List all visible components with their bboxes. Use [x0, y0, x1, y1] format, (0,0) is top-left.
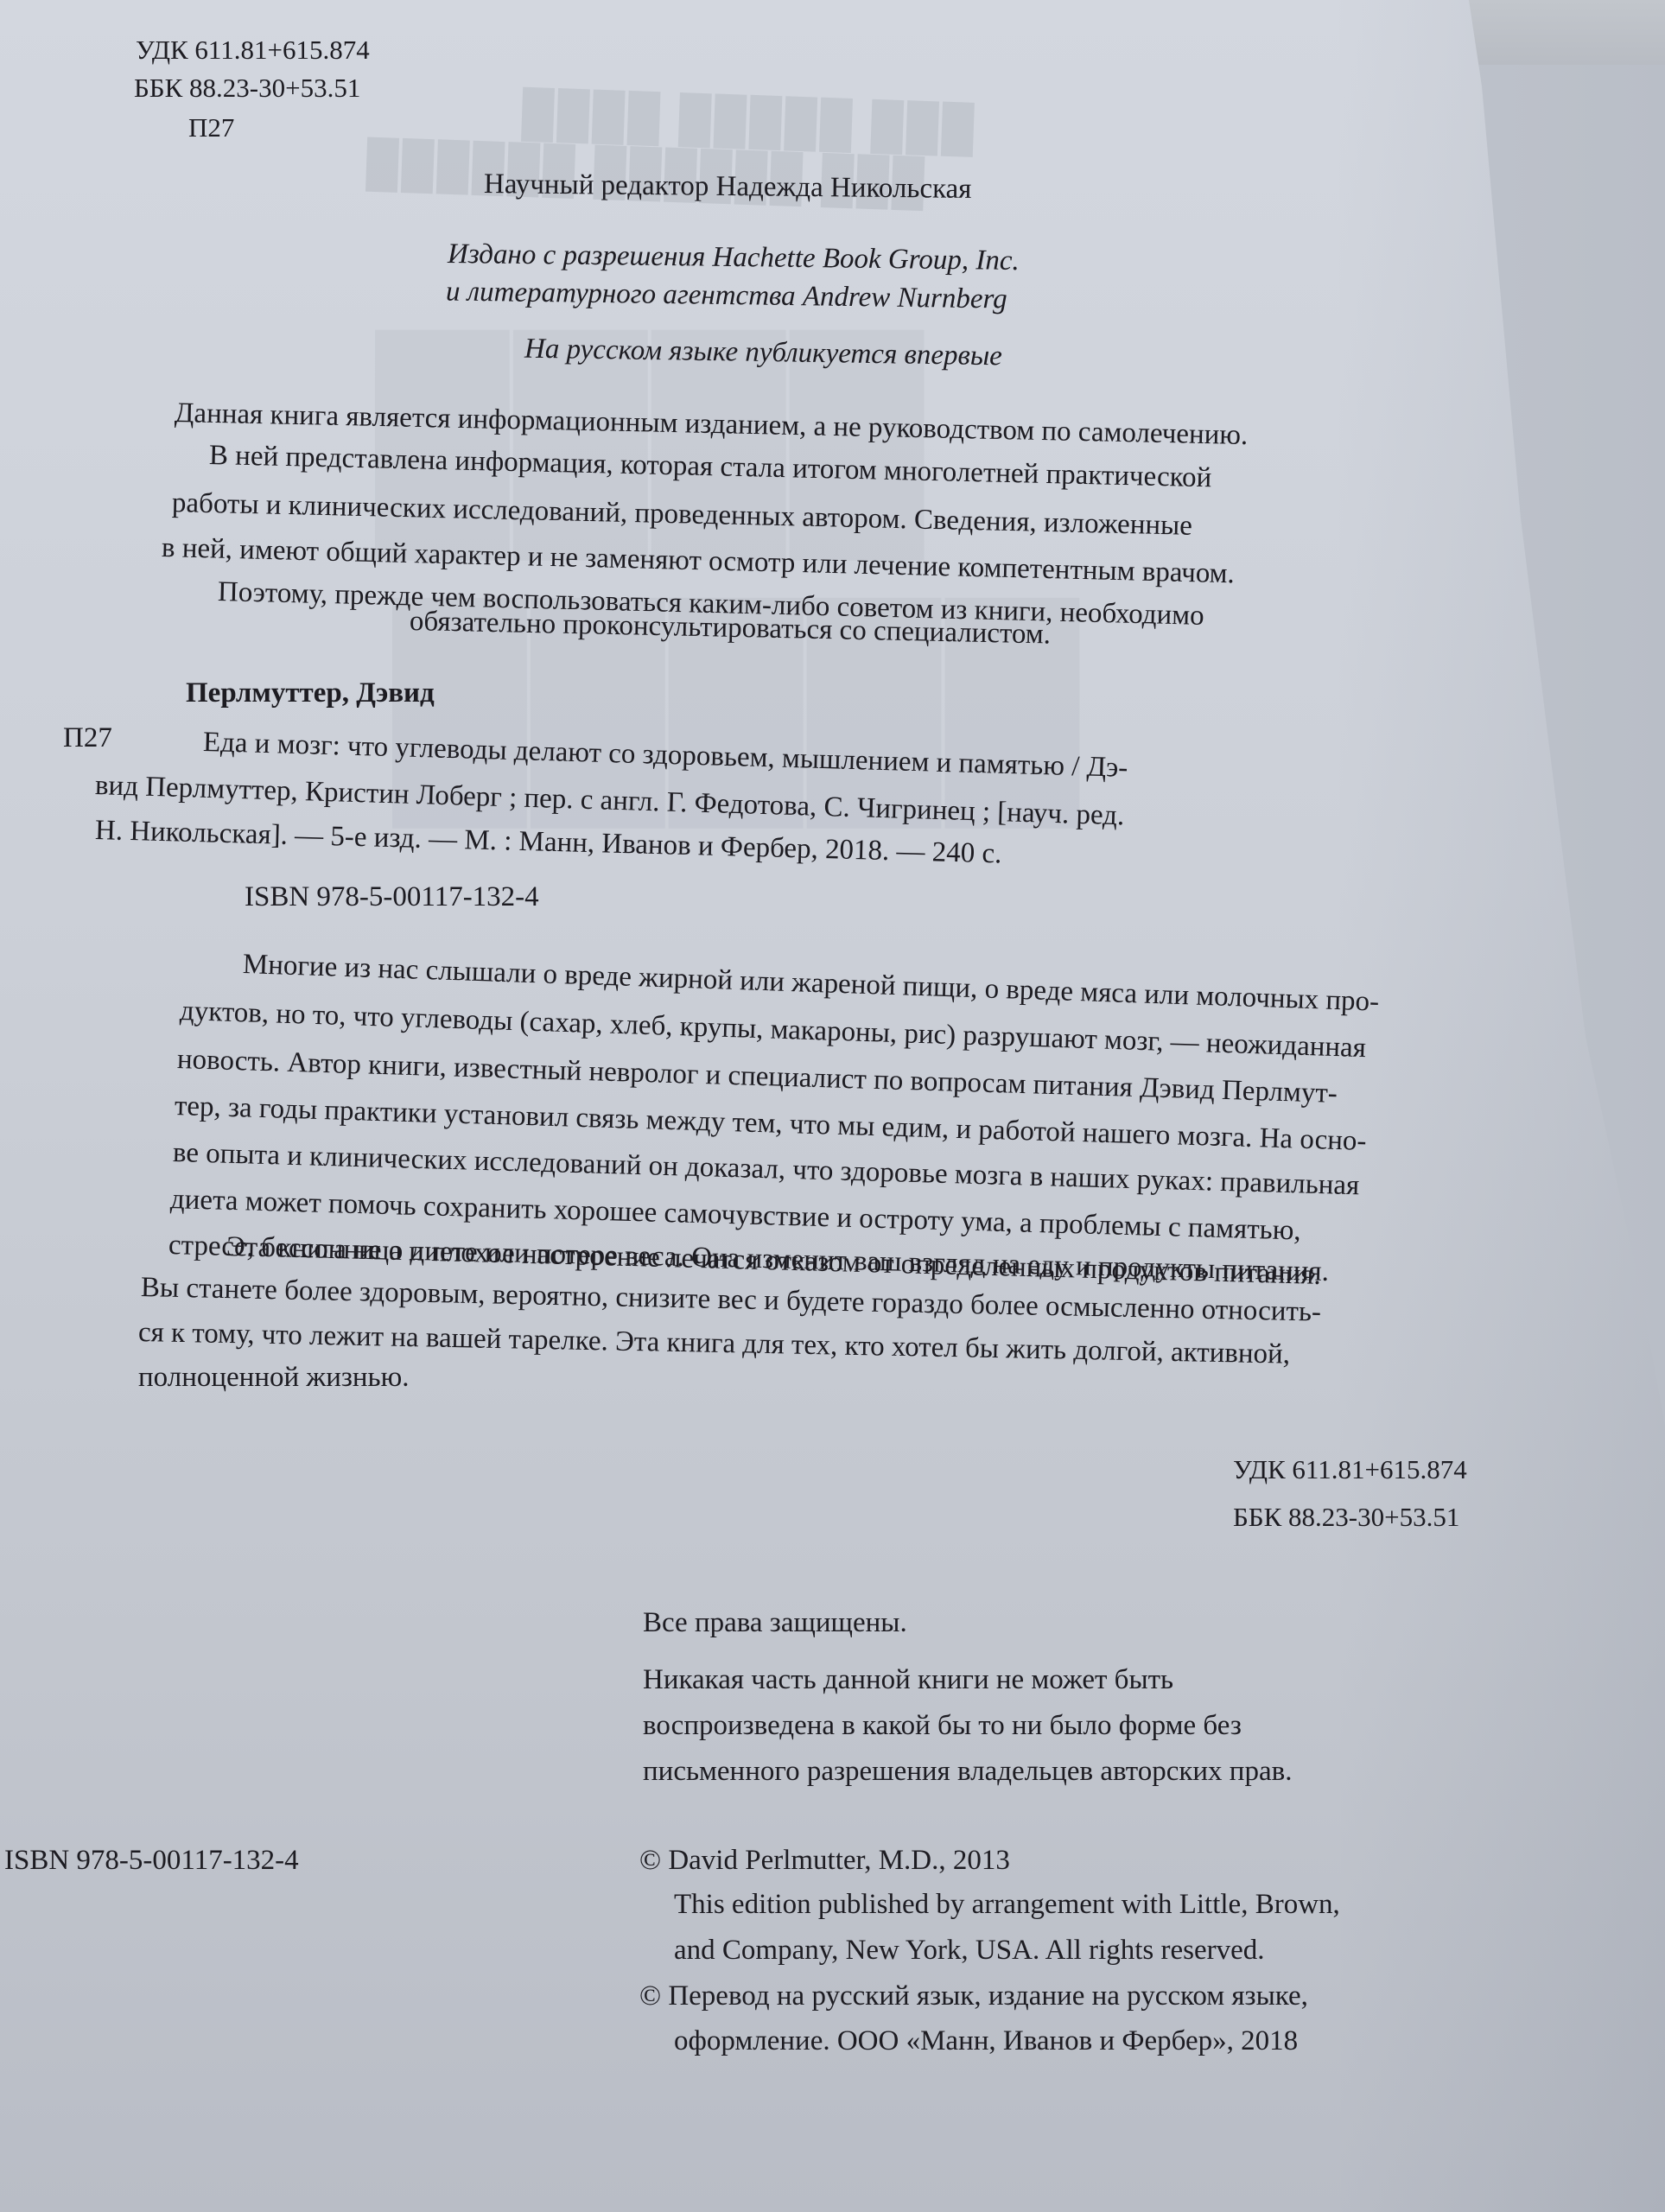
permission-line-1: Издано с разрешения Hachette Book Group,…	[448, 240, 1020, 276]
bbk-code: ББК 88.23-30+53.51	[1233, 1503, 1459, 1530]
udk-code: УДК 611.81+615.874	[136, 36, 370, 63]
copyright-page: ███ █████ ████ ███ ██████ ██████ ████ ██…	[0, 0, 1665, 2212]
annotation-line: полноценной жизнью.	[138, 1363, 410, 1392]
copyright-line: оформление. ООО «Манн, Иванов и Фербер»,…	[674, 2027, 1298, 2056]
copyright-line: © Перевод на русский язык, издание на ру…	[639, 1982, 1308, 2011]
isbn: ISBN 978-5-00117-132-4	[245, 883, 539, 912]
rights-line: письменного разрешения владельцев авторс…	[643, 1758, 1292, 1786]
page-gap-shadow	[1460, 0, 1665, 65]
copyright-line: and Company, New York, USA. All rights r…	[674, 1936, 1264, 1965]
udk-code: УДК 611.81+615.874	[1233, 1456, 1467, 1483]
bbk-code: ББК 88.23-30+53.51	[134, 74, 360, 101]
author-mark: П27	[188, 114, 234, 141]
rights-line: Никакая часть данной книги не может быть	[643, 1666, 1173, 1694]
copyright-line: © David Perlmutter, M.D., 2013	[639, 1847, 1010, 1875]
rights-line: воспроизведена в какой бы то ни было фор…	[643, 1712, 1242, 1740]
copyright-line: This edition published by arrangement wi…	[674, 1891, 1340, 1919]
scientific-editor: Научный редактор Надежда Никольская	[484, 170, 972, 204]
author-mark: П27	[63, 724, 112, 753]
author-heading: Перлмуттер, Дэвид	[186, 679, 435, 708]
isbn-bottom: ISBN 978-5-00117-132-4	[4, 1847, 299, 1875]
permission-line-2: и литературного агентства Andrew Nurnber…	[446, 277, 1007, 314]
rights-heading: Все права защищены.	[643, 1609, 907, 1637]
bib-line: Н. Никольская]. — 5-е изд. — М. : Манн, …	[95, 817, 1002, 868]
